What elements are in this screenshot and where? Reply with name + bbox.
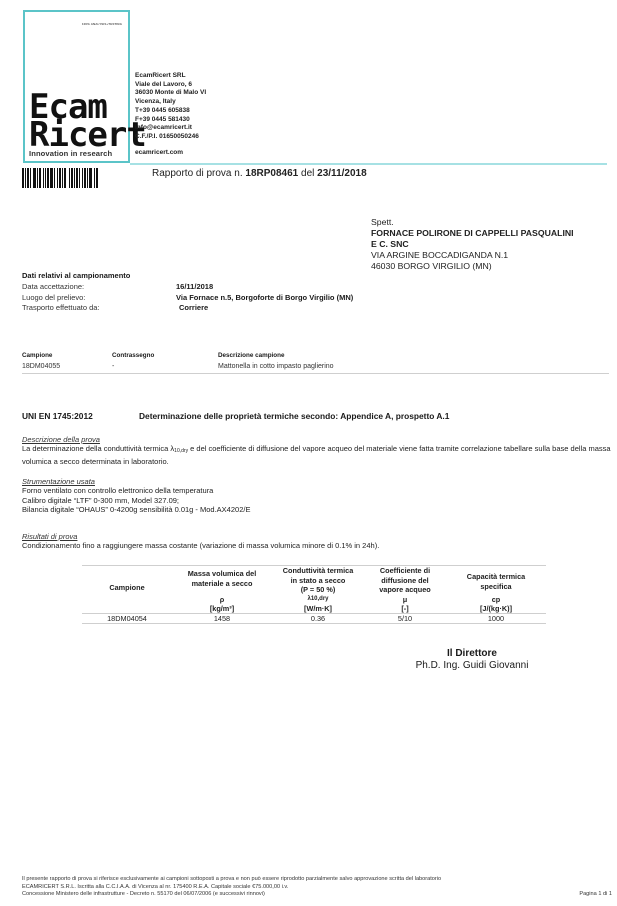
unit-cp: [J/(kg·K)]	[446, 604, 546, 614]
cell-campione: 18DM04054	[82, 613, 172, 623]
test-standard-heading: UNI EN 1745:2012 Determinazione delle pr…	[22, 411, 449, 421]
col-header-text: (P = 50 %)	[272, 585, 364, 595]
results-table-units: [kg/m³] [W/m·K] [-] [J/(kg·K)]	[82, 604, 546, 614]
col-coefficiente: Coefficiente di diffusione del vapore ac…	[364, 566, 446, 595]
header-campione: Campione	[22, 352, 112, 363]
lambda-subscript: 10,dry	[174, 448, 188, 454]
col-header-text: Capacità termica	[446, 572, 546, 582]
logo-word-ricert: Ricert	[29, 120, 146, 150]
page-number: Pagina 1 di 1	[579, 891, 612, 899]
test-description: Descrizione della prova La determinazion…	[22, 435, 612, 466]
cell-descrizione: Mattonella in cotto impasto paglierino	[218, 363, 609, 373]
company-phone: T+39 0445 605838	[135, 107, 206, 116]
sample-table-header: Campione Contrassegno Descrizione campio…	[22, 352, 609, 363]
sampling-row: Trasporto effettuato da: Corriere	[22, 303, 353, 314]
sampling-label: Data accettazione:	[22, 282, 176, 293]
footer-registration: ECAMRICERT S.R.L. Iscritta alla C.C.I.A.…	[22, 884, 612, 892]
company-address-3: Vicenza, Italy	[135, 98, 206, 107]
recipient-address: Spett. FORNACE POLIRONE DI CAPPELLI PASQ…	[371, 217, 574, 272]
recipient-name-2: E C. SNC	[371, 239, 574, 250]
col-massa: Massa volumica del materiale a secco	[172, 566, 272, 595]
results-text: Condizionamento fino a raggiungere massa…	[22, 541, 612, 551]
sampling-label: Luogo del prelievo:	[22, 293, 176, 304]
symbol-rho: ρ	[172, 595, 272, 604]
instruments-title: Strumentazione usata	[22, 477, 612, 486]
cell-capacita: 1000	[446, 613, 546, 623]
symbol-mu: μ	[364, 595, 446, 604]
cell-coefficiente: 5/10	[364, 613, 446, 623]
header-contrassegno: Contrassegno	[112, 352, 218, 363]
sample-table: Campione Contrassegno Descrizione campio…	[22, 352, 609, 374]
instrument-item: Forno ventilato con controllo elettronic…	[22, 486, 612, 496]
sampling-value: Corriere	[176, 303, 208, 314]
results-table-symbols: ρ λ10,dry μ cp	[82, 595, 546, 604]
results-table-header: Campione Massa volumica del materiale a …	[82, 566, 546, 595]
col-header-text: Coefficiente di	[364, 566, 446, 576]
sampling-value: 16/11/2018	[176, 282, 213, 293]
sampling-label: Trasporto effettuato da:	[22, 303, 176, 314]
report-prefix: Rapporto di prova n.	[152, 168, 243, 179]
recipient-salutation: Spett.	[371, 217, 574, 228]
unit-mu: [-]	[364, 604, 446, 614]
unit-campione	[82, 604, 172, 614]
company-address-1: Viale del Lavoro, 6	[135, 81, 206, 90]
col-header-text: in stato a secco	[272, 576, 364, 586]
standard-title: Determinazione delle proprietà termiche …	[139, 411, 449, 421]
company-tax-id: C.F./P.I. 01650050246	[135, 133, 206, 142]
instruments-section: Strumentazione usata Forno ventilato con…	[22, 477, 612, 515]
company-email: info@ecamricert.it	[135, 124, 206, 133]
footer-disclaimer: Il presente rapporto di prova si riferis…	[22, 876, 612, 884]
col-header-text: materiale a secco	[172, 579, 272, 589]
report-del: del	[301, 168, 314, 179]
cell-campione: 18DM04055	[22, 363, 112, 373]
recipient-name-1: FORNACE POLIRONE DI CAPPELLI PASQUALINI	[371, 228, 574, 239]
report-title: Rapporto di prova n. 18RP08461 del 23/11…	[152, 168, 367, 179]
cell-contrassegno: -	[112, 363, 218, 373]
recipient-street: VIA ARGINE BOCCADIGANDA N.1	[371, 250, 574, 261]
col-conduttivita: Conduttività termica in stato a secco (P…	[272, 566, 364, 595]
sampling-title: Dati relativi al campionamento	[22, 271, 353, 282]
header-divider	[130, 163, 607, 165]
symbol-cp: cp	[446, 595, 546, 604]
sampling-section: Dati relativi al campionamento Data acce…	[22, 271, 353, 314]
col-header-text: Massa volumica del	[172, 569, 272, 579]
symbol-campione	[82, 595, 172, 604]
sampling-value: Via Fornace n.5, Borgoforte di Borgo Vir…	[176, 293, 353, 304]
company-name: EcamRicert SRL	[135, 72, 206, 81]
barcode	[22, 168, 129, 188]
footer-concession: Concessione Ministero delle infrastruttu…	[22, 891, 265, 899]
header-descrizione: Descrizione campione	[218, 352, 609, 363]
col-header-text: specifica	[446, 582, 546, 592]
symbol-lambda: λ10,dry	[272, 595, 364, 604]
instrument-item: Bilancia digitale “OHAUS” 0-4200g sensib…	[22, 505, 612, 515]
table-row: 18DM04054 1458 0.36 5/10 1000	[82, 613, 546, 623]
logo-tagline: 100% ANALYSIS+TESTING	[82, 22, 122, 26]
sampling-row: Data accettazione: 16/11/2018	[22, 282, 353, 293]
table-row: 18DM04055 - Mattonella in cotto impasto …	[22, 363, 609, 374]
company-logo: 100% ANALYSIS+TESTING Ecam Ricert Innova…	[23, 10, 130, 163]
director-title: Il Direttore	[372, 648, 572, 660]
col-header-text: diffusione del	[364, 576, 446, 586]
report-date: 23/11/2018	[317, 168, 367, 179]
signature-block: Il Direttore Ph.D. Ing. Guidi Giovanni	[372, 648, 572, 672]
cell-massa: 1458	[172, 613, 272, 623]
col-header-text: Campione	[109, 583, 144, 592]
description-title: Descrizione della prova	[22, 435, 612, 444]
description-text: La determinazione della conduttività ter…	[22, 444, 612, 466]
instrument-item: Calibro digitale “LTF” 0-300 mm, Model 3…	[22, 496, 612, 506]
col-header-text: vapore acqueo	[364, 585, 446, 595]
standard-code: UNI EN 1745:2012	[22, 411, 139, 421]
director-name: Ph.D. Ing. Guidi Giovanni	[372, 660, 572, 672]
company-website: ecamricert.com	[135, 149, 206, 158]
unit-rho: [kg/m³]	[172, 604, 272, 614]
logo-subtitle: Innovation in research	[29, 149, 112, 158]
company-address-2: 36030 Monte di Malo VI	[135, 89, 206, 98]
sampling-row: Luogo del prelievo: Via Fornace n.5, Bor…	[22, 293, 353, 304]
results-table: Campione Massa volumica del materiale a …	[82, 565, 546, 624]
company-info: EcamRicert SRL Viale del Lavoro, 6 36030…	[135, 72, 206, 157]
company-fax: F+39 0445 581430	[135, 116, 206, 125]
footer: Il presente rapporto di prova si riferis…	[22, 876, 612, 899]
description-part-1: La determinazione della conduttività ter…	[22, 444, 174, 453]
col-capacita: Capacità termica specifica	[446, 566, 546, 595]
results-title: Risultati di prova	[22, 532, 612, 541]
col-campione: Campione	[82, 566, 172, 595]
unit-lambda: [W/m·K]	[272, 604, 364, 614]
recipient-city: 46030 BORGO VIRGILIO (MN)	[371, 261, 574, 272]
cell-conduttivita: 0.36	[272, 613, 364, 623]
results-section: Risultati di prova Condizionamento fino …	[22, 532, 612, 551]
col-header-text: Conduttività termica	[272, 566, 364, 576]
report-number: 18RP08461	[245, 168, 298, 179]
